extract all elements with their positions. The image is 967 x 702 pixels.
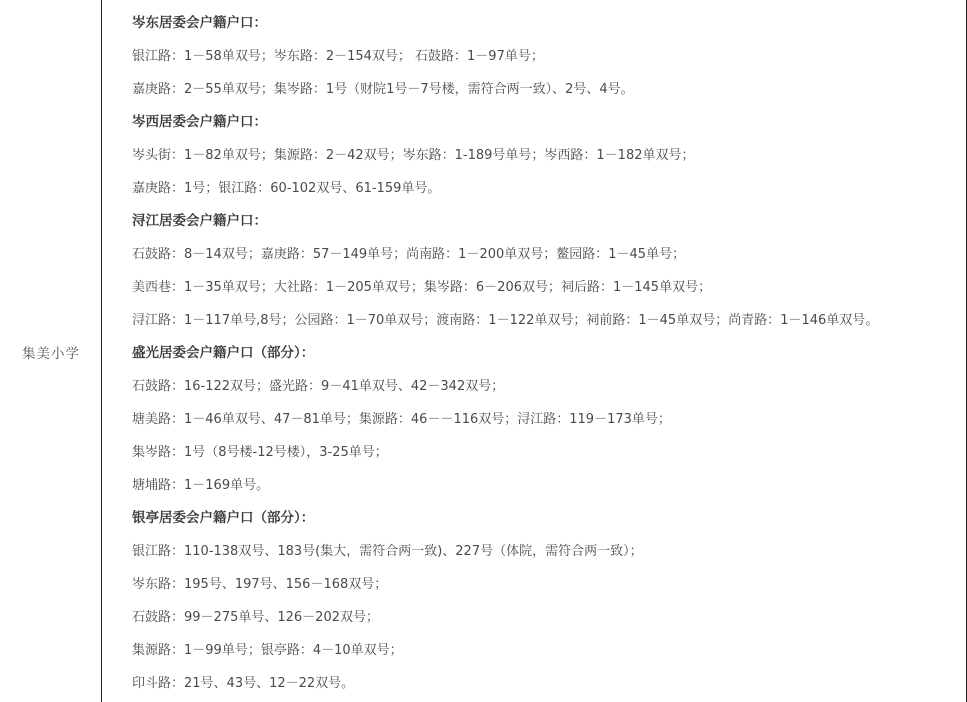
section-heading: 岑东居委会户籍户口： [132,7,966,40]
enrollment-zone-table: 集美小学 岑东居委会户籍户口： 银江路：1－58单双号；岑东路：2－154双号；… [0,0,967,702]
address-line: 岑东路：195号、197号、156－168双号； [132,568,966,601]
address-line: 集岑路：1号（8号楼-12号楼），3-25单号； [132,436,966,469]
address-line: 塘美路：1－46单双号、47－81单号；集源路：46－－116双号；浔江路：11… [132,403,966,436]
section-heading: 浔江居委会户籍户口： [132,205,966,238]
address-line: 银江路：110-138双号、183号(集大，需符合两一致)、227号（体院，需符… [132,535,966,568]
section-heading: 岑西居委会户籍户口： [132,106,966,139]
address-line: 印斗路：21号、43号、12－22双号。 [132,667,966,700]
section-heading: 银亭居委会户籍户口（部分）： [132,502,966,535]
address-line: 岑头街：1－82单双号；集源路：2－42双号；岑东路：1-189号单号；岑西路：… [132,139,966,172]
school-name: 集美小学 [0,342,102,362]
section-heading: 盛光居委会户籍户口（部分）： [132,337,966,370]
address-line: 集源路：1－99单号；银亭路：4－10单双号； [132,634,966,667]
address-line: 石鼓路：99－275单号、126－202双号； [132,601,966,634]
address-line: 石鼓路：16-122双号；盛光路：9－41单双号、42－342双号； [132,370,966,403]
address-line: 嘉庚路：2－55单双号；集岑路：1号（财院1号－7号楼，需符合两一致）、2号、4… [132,73,966,106]
address-line: 塘埔路：1－169单号。 [132,469,966,502]
address-line: 浔江路：1－117单号,8号；公园路：1－70单双号；渡南路：1－122单双号；… [132,304,966,337]
school-cell: 集美小学 [0,0,102,702]
address-line: 银江路：1－58单双号；岑东路：2－154双号； 石鼓路：1－97单号； [132,40,966,73]
address-line: 石鼓路：8－14双号；嘉庚路：57－149单号；尚南路：1－200单双号；鳌园路… [132,238,966,271]
address-line: 美西巷：1－35单双号；大社路：1－205单双号；集岑路：6－206双号；祠后路… [132,271,966,304]
address-line: 嘉庚路：1号；银江路：60-102双号、61-159单号。 [132,172,966,205]
address-ranges-cell: 岑东居委会户籍户口： 银江路：1－58单双号；岑东路：2－154双号； 石鼓路：… [102,0,967,702]
